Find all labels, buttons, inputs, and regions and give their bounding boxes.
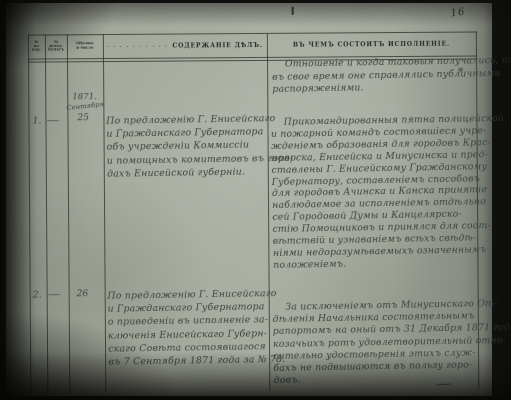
header-number-label: № по пор. [31, 40, 41, 52]
column-rule-3 [103, 34, 106, 392]
entry-2-doc-number: — [48, 290, 61, 300]
resolution-paragraph-3: За исключеніемъ отъ Минусинскаго От-дѣле… [272, 298, 477, 387]
ink-tick-mark [292, 7, 294, 15]
resolution-paragraph-1: Отношеніе и когда таковыя получались, то… [272, 55, 475, 96]
entry-2-content: По предложенію Г. Енисейскагои Гражданск… [107, 287, 268, 369]
header-cell-content: . . . . . . . . . . СОДЕРЖАНІЕ ДѢЛЪ. [103, 34, 267, 57]
handwritten-line: въ 7 Сентября 1871 года за № 78. [108, 353, 268, 369]
entry-1-content: По предложенію Г. Енисейскагои Гражданск… [106, 112, 267, 181]
handwritten-line: дахъ Енисейской губерніи. [107, 165, 267, 181]
column-rule-1 [45, 34, 48, 392]
header-cell-resolution: ВЪ ЧЕМЪ СОСТОИТЪ ИСПОЛНЕНІЕ. [267, 32, 476, 55]
header-leader-dots: . . . . . . . . . . [107, 43, 169, 49]
handwritten-line: распоряженіями. [272, 81, 474, 97]
archival-scan: 16 № по пор. № исход. бумагъ Мѣсяцъ и чи… [0, 0, 511, 400]
entry-1-doc-number: — [47, 116, 60, 126]
page-number-value: 16 [450, 7, 466, 20]
entry-2-day: 26 [77, 289, 89, 299]
resolution-paragraph-2: Прикомандированныя пятна полицейскойи по… [271, 113, 478, 271]
signature-flourish: ~ [432, 377, 455, 391]
column-rule-2 [67, 34, 70, 392]
header-cell-number: № по пор. [28, 35, 45, 57]
header-doc-number-label: № исход. бумагъ [48, 40, 64, 52]
handwritten-line: положеніемъ. [273, 256, 477, 271]
header-resolution-label: ВЪ ЧЕМЪ СОСТОИТЪ ИСПОЛНЕНІЕ. [293, 40, 450, 48]
entry-1-number: 1. [32, 115, 41, 126]
ledger-sheet-content: 16 № по пор. № исход. бумагъ Мѣсяцъ и чи… [0, 0, 511, 400]
header-cell-doc-number: № исход. бумагъ [45, 35, 67, 57]
header-cell-date: Мѣсяцъ и число [67, 35, 103, 57]
header-date-label: Мѣсяцъ и число [74, 42, 96, 50]
header-content-label: СОДЕРЖАНІЕ ДѢЛЪ. [172, 41, 263, 49]
table-left-border [28, 35, 31, 393]
entry-2-number: 2. [33, 289, 42, 300]
entry-1-day: 25 [77, 113, 89, 123]
page-number: 16 [450, 7, 466, 20]
